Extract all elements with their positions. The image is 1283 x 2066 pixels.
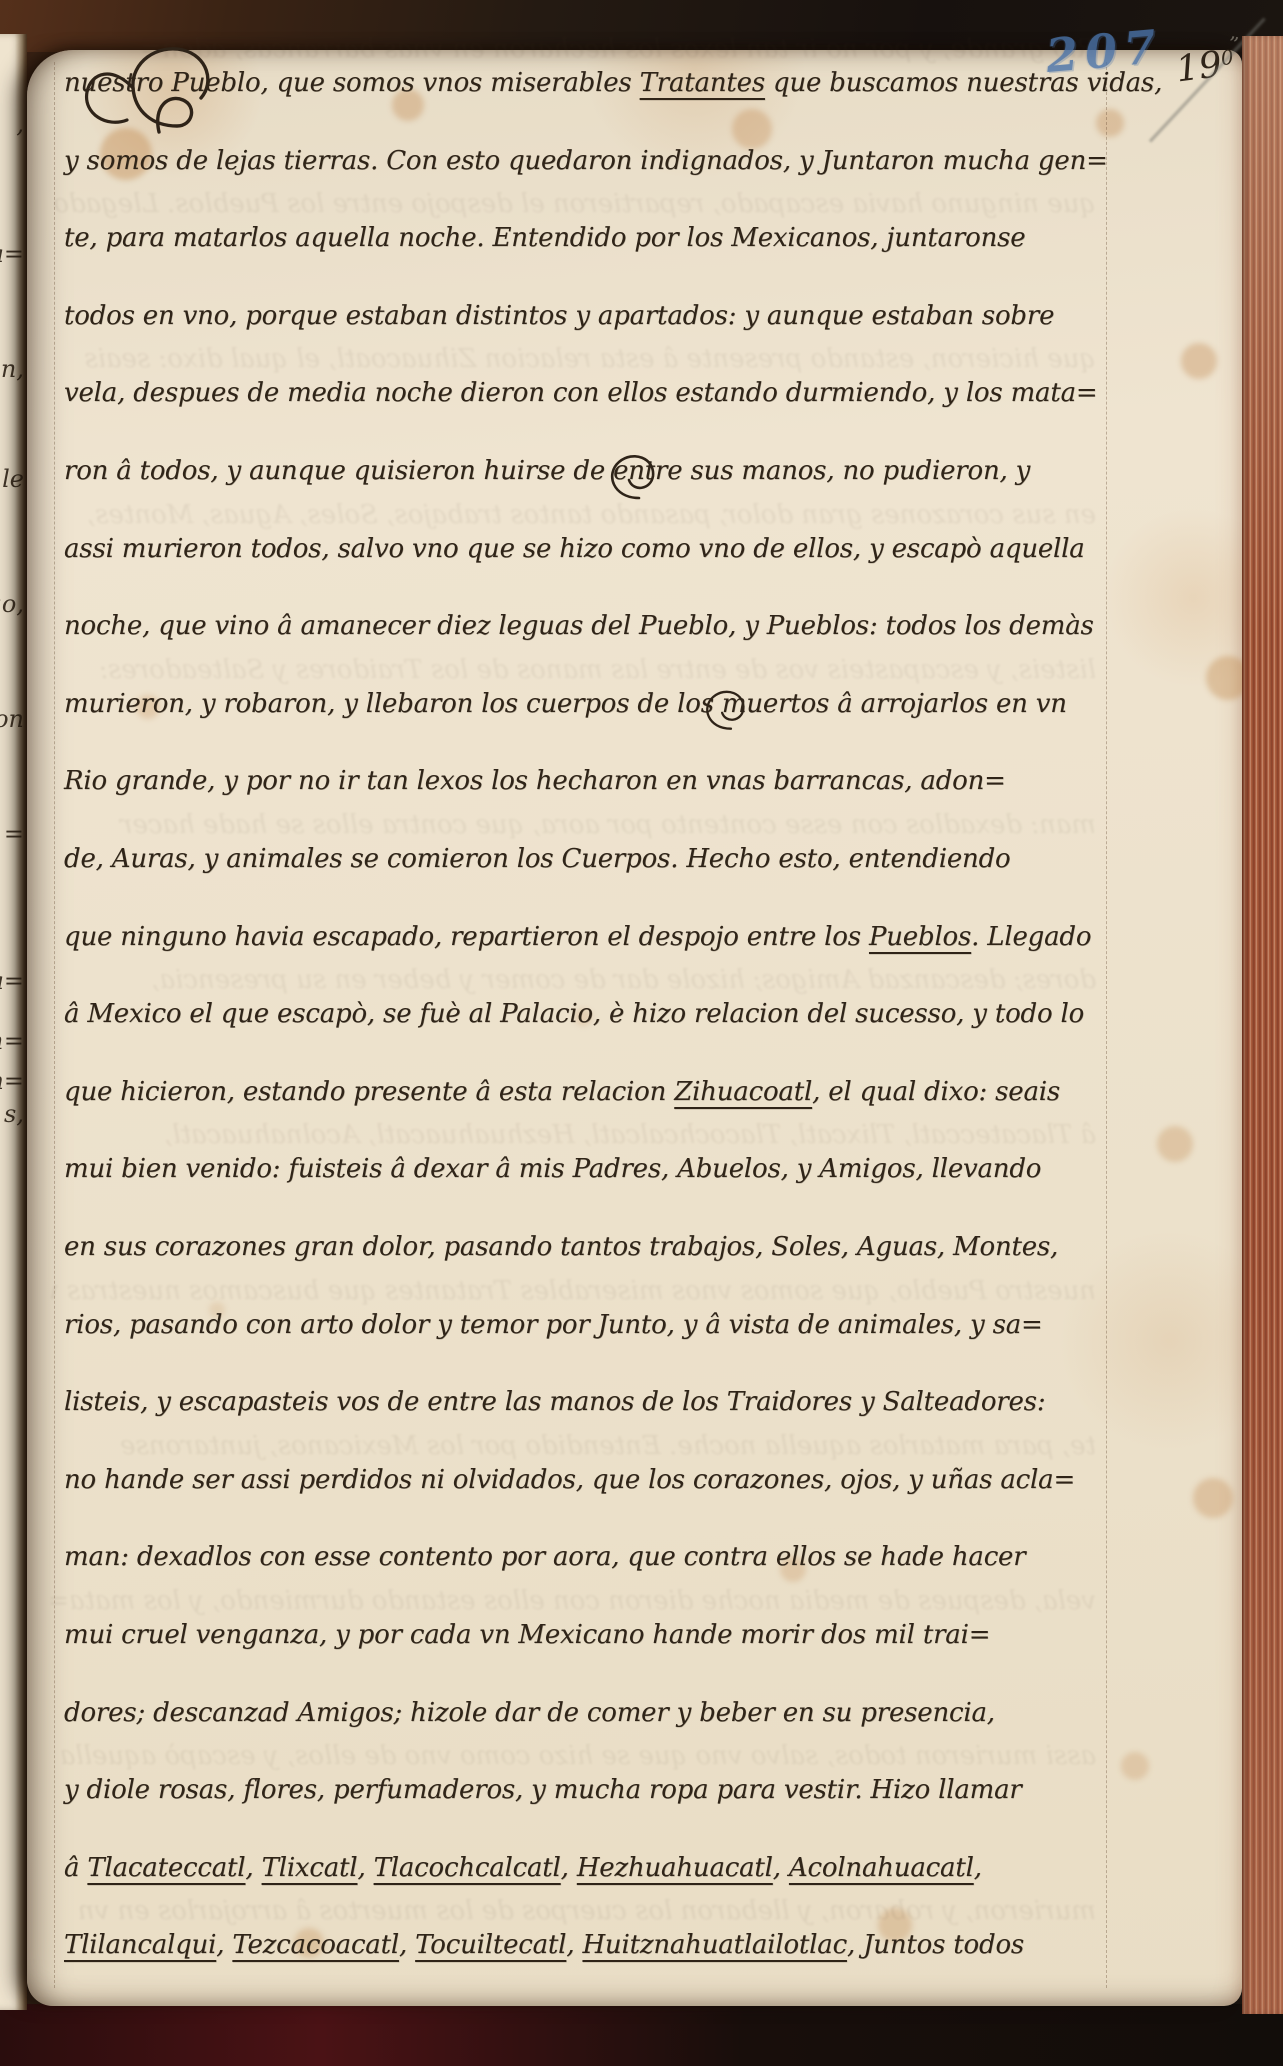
underlined-word: Tocuiltecatl (415, 1930, 566, 1960)
folio-number-pencil: 207 (1044, 19, 1165, 83)
manuscript-line: mui bien venido: fuisteis â dexar â mis … (64, 1156, 1041, 1182)
manuscript-text: nuestro Pueblo, que somos vnos miserable… (27, 50, 1242, 2006)
line-text: ron â todos, y aunque quisieron huirse d… (64, 456, 1030, 486)
manuscript-line: y diole rosas, flores, perfumaderos, y m… (64, 1777, 1022, 1803)
manuscript-line: â Tlacateccatl, Tlixcatl, Tlacochcalcatl… (64, 1855, 982, 1881)
line-text: vela, despues de media noche dieron con … (64, 378, 1097, 408)
manuscript-line: Rio grande, y por no ir tan lexos los he… (64, 768, 1006, 794)
manuscript-line: ron â todos, y aunque quisieron huirse d… (64, 458, 1030, 484)
line-text: , (561, 1853, 577, 1883)
adjacent-page-edge: ,a=n,leao,on=ra=uch=an=s, (0, 34, 27, 2010)
manuscript-line: que hicieron, estando presente â esta re… (64, 1079, 1060, 1105)
manuscript-line: man: dexadlos con esse contento por aora… (64, 1544, 1025, 1570)
line-text: te, para matarlos aquella noche. Entendi… (64, 223, 1025, 253)
underlined-word: Tlixcatl (262, 1853, 358, 1883)
manuscript-line: Tlilancalqui, Tezcacoacatl, Tocuiltecatl… (64, 1932, 1024, 1958)
underlined-word: Tlilancalqui (64, 1930, 216, 1960)
line-text: , (216, 1930, 232, 1960)
underlined-word: Zihuacoatl (674, 1077, 812, 1107)
manuscript-line: dores; descanzad Amigos; hizole dar de c… (64, 1700, 995, 1726)
manuscript-line: no hande ser assi perdidos ni olvidados,… (64, 1467, 1075, 1493)
line-text: , (245, 1853, 261, 1883)
adjacent-page-fragment: le (2, 465, 24, 493)
line-text: murieron, y robaron, y llebaron los cuer… (64, 689, 1067, 719)
line-text: assi murieron todos, salvo vno que se hi… (64, 534, 1085, 564)
underlined-word: Hezhuahuacatl (577, 1853, 773, 1883)
line-text: de, Auras, y animales se comieron los Cu… (64, 844, 1010, 874)
adjacent-page-fragment: n, (1, 355, 24, 383)
line-text: , el qual dixo: seais (812, 1077, 1060, 1107)
line-text: y diole rosas, flores, perfumaderos, y m… (64, 1775, 1022, 1805)
line-text: que ninguno havia escapado, repartieron … (64, 922, 869, 952)
manuscript-line: de, Auras, y animales se comieron los Cu… (64, 846, 1010, 872)
manuscript-line: y somos de lejas tierras. Con esto queda… (64, 148, 1108, 174)
adjacent-page-fragment: a= (0, 240, 24, 268)
line-text: , Juntos todos (847, 1930, 1024, 1960)
underlined-word: Tlacateccatl (87, 1853, 245, 1883)
line-text: en sus corazones gran dolor, pasando tan… (64, 1232, 1058, 1262)
manuscript-page: Rio grande, y por no ir tan lexos los he… (27, 50, 1242, 2006)
line-text: noche, que vino â amanecer diez leguas d… (64, 611, 1094, 641)
manuscript-line: â Mexico el que escapò, se fuè al Palaci… (64, 1001, 1084, 1027)
line-text: mui bien venido: fuisteis â dexar â mis … (64, 1154, 1041, 1184)
manuscript-line: que ninguno havia escapado, repartieron … (64, 924, 1091, 950)
line-text: mui cruel venganza, y por cada vn Mexica… (64, 1620, 990, 1650)
underlined-word: Pueblos (869, 922, 971, 952)
underlined-word: Tratantes (640, 68, 765, 98)
manuscript-line: vela, despues de media noche dieron con … (64, 380, 1097, 406)
line-text: Rio grande, y por no ir tan lexos los he… (64, 766, 1006, 796)
manuscript-line: murieron, y robaron, y llebaron los cuer… (64, 691, 1067, 717)
manuscript-line: assi murieron todos, salvo vno que se hi… (64, 536, 1085, 562)
line-text: rios, pasando con arto dolor y temor por… (64, 1310, 1043, 1340)
line-text: man: dexadlos con esse contento por aora… (64, 1542, 1025, 1572)
manuscript-line: nuestro Pueblo, que somos vnos miserable… (64, 70, 1162, 96)
line-text: y somos de lejas tierras. Con esto queda… (64, 146, 1108, 176)
underlined-word: Tlacochcalcatl (374, 1853, 561, 1883)
line-text: , (566, 1930, 582, 1960)
line-text: , (357, 1853, 373, 1883)
manuscript-line: todos en vno, porque estaban distintos y… (64, 303, 1054, 329)
line-text: â Mexico el que escapò, se fuè al Palaci… (64, 999, 1084, 1029)
line-text: â (64, 1853, 87, 1883)
manuscript-line: mui cruel venganza, y por cada vn Mexica… (64, 1622, 990, 1648)
line-text: que hicieron, estando presente â esta re… (64, 1077, 674, 1107)
adjacent-page-fragment: on (0, 705, 24, 733)
manuscript-line: listeis, y escapasteis vos de entre las … (64, 1389, 1045, 1415)
manuscript-photo: ,a=n,leao,on=ra=uch=an=s, Rio grande, y … (0, 0, 1283, 2066)
adjacent-page-fragment: ao, (0, 590, 24, 618)
underlined-word: Tezcacoacatl (232, 1930, 399, 1960)
adjacent-page-fragment: uch= (0, 1027, 24, 1055)
underlined-word: Huitznahuatlailotlac (582, 1930, 847, 1960)
line-text: no hande ser assi perdidos ni olvidados,… (64, 1465, 1075, 1495)
adjacent-page-fragment: , (16, 110, 24, 138)
manuscript-line: te, para matarlos aquella noche. Entendi… (64, 225, 1025, 251)
line-text: , (399, 1930, 415, 1960)
adjacent-page-fragment: = (4, 820, 24, 848)
line-text: nuestro Pueblo, que somos vnos miserable… (64, 68, 640, 98)
adjacent-page-fragment: an= (0, 1067, 24, 1095)
underlined-word: Acolnahuacatl (789, 1853, 974, 1883)
line-text: . Llegado (971, 922, 1091, 952)
line-text: , (974, 1853, 982, 1883)
adjacent-page-fragment: s, (4, 1100, 24, 1128)
manuscript-line: noche, que vino â amanecer diez leguas d… (64, 613, 1094, 639)
line-text: todos en vno, porque estaban distintos y… (64, 301, 1054, 331)
book-fore-edge (1242, 36, 1283, 2014)
line-text: , (773, 1853, 789, 1883)
book-cover-bottom (0, 2004, 1283, 2066)
line-text: listeis, y escapasteis vos de entre las … (64, 1387, 1045, 1417)
manuscript-line: rios, pasando con arto dolor y temor por… (64, 1312, 1043, 1338)
manuscript-line: en sus corazones gran dolor, pasando tan… (64, 1234, 1058, 1260)
adjacent-page-fragment: ra= (0, 967, 24, 995)
line-text: dores; descanzad Amigos; hizole dar de c… (64, 1698, 995, 1728)
